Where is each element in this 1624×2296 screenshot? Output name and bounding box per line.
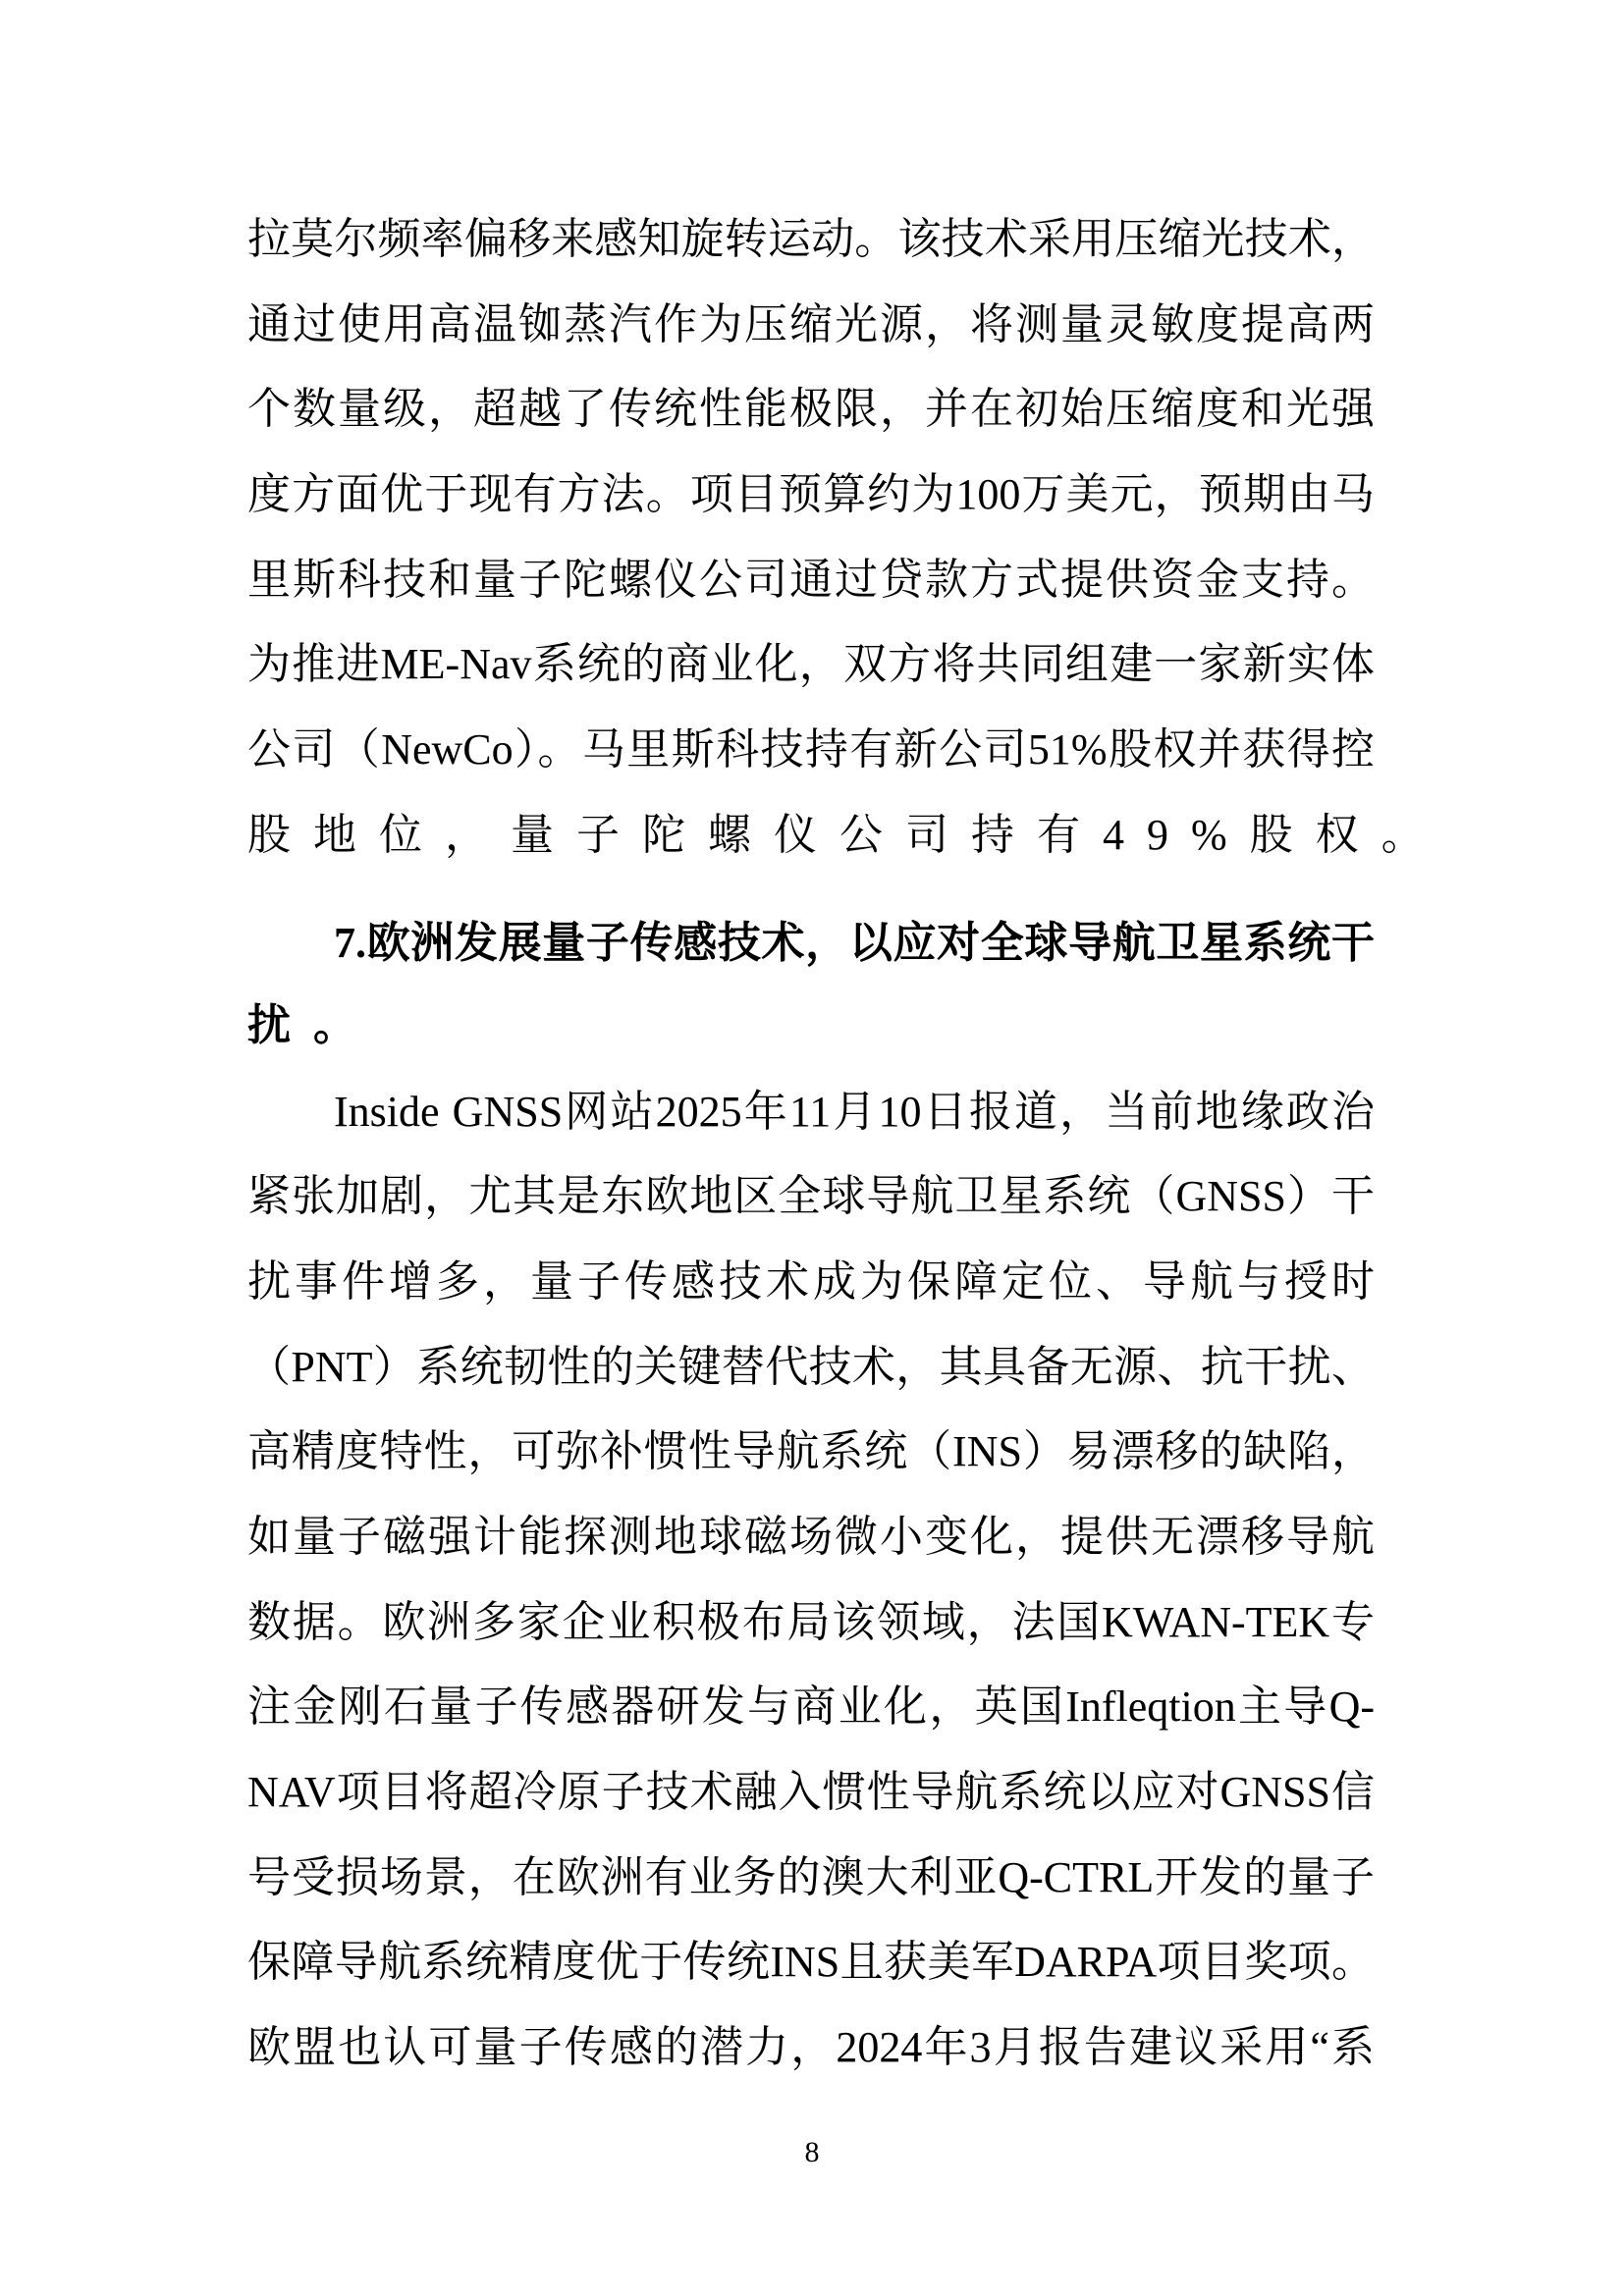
text-line: 如量子磁强计能探测地球磁场微小变化，提供无漂移导航 (247, 1513, 1375, 1562)
text-line: 拉莫尔频率偏移来感知旋转运动。该技术采用压缩光技术， (247, 215, 1375, 264)
document-page: 拉莫尔频率偏移来感知旋转运动。该技术采用压缩光技术， 通过使用高温铷蒸汽作为压缩… (0, 0, 1624, 2296)
text-line: 注金刚石量子传感器研发与商业化，英国Infleqtion主导Q- (247, 1682, 1375, 1732)
text-line: 为推进ME-Nav系统的商业化，双方将共同组建一家新实体 (247, 640, 1375, 689)
text-line: 股地位，量子陀螺仪公司持有49%股权。 (247, 811, 1375, 860)
text-line: （PNT）系统韧性的关键替代技术，其具备无源、抗干扰、 (247, 1343, 1375, 1392)
text-line: 欧盟也认可量子传感的潜力，2024年3月报告建议采用“系 (247, 2023, 1375, 2072)
text-line: 公司（NewCo）。马里斯科技持有新公司51%股权并获得控 (247, 725, 1375, 774)
page-number: 8 (0, 2136, 1624, 2169)
text-line: 高精度特性，可弥补惯性导航系统（INS）易漂移的缺陷， (247, 1427, 1375, 1476)
text-line: Inside GNSS网站2025年11月10日报道，当前地缘政治 (334, 1088, 1375, 1137)
heading-line: 扰。 (247, 1001, 1375, 1050)
text-line: NAV项目将超冷原子技术融入惯性导航系统以应对GNSS信 (247, 1768, 1375, 1817)
text-line: 里斯科技和量子陀螺仪公司通过贷款方式提供资金支持。 (247, 556, 1375, 605)
text-line: 扰事件增多，量子传感技术成为保障定位、导航与授时 (247, 1257, 1375, 1307)
text-line: 数据。欧洲多家企业积极布局该领域，法国KWAN-TEK专 (247, 1598, 1375, 1647)
text-line: 通过使用高温铷蒸汽作为压缩光源，将测量灵敏度提高两 (247, 300, 1375, 349)
text-line: 紧张加剧，尤其是东欧地区全球导航卫星系统（GNSS）干 (247, 1172, 1375, 1221)
text-line: 个数量级，超越了传统性能极限，并在初始压缩度和光强 (247, 385, 1375, 434)
text-line: 保障导航系统精度优于传统INS且获美军DARPA项目奖项。 (247, 1938, 1375, 1987)
text-line: 号受损场景，在欧洲有业务的澳大利亚Q-CTRL开发的量子 (247, 1853, 1375, 1902)
text-line: 度方面优于现有方法。项目预算约为100万美元，预期由马 (247, 470, 1375, 519)
heading-line: 7.欧洲发展量子传感技术，以应对全球导航卫星系统干 (334, 919, 1375, 968)
